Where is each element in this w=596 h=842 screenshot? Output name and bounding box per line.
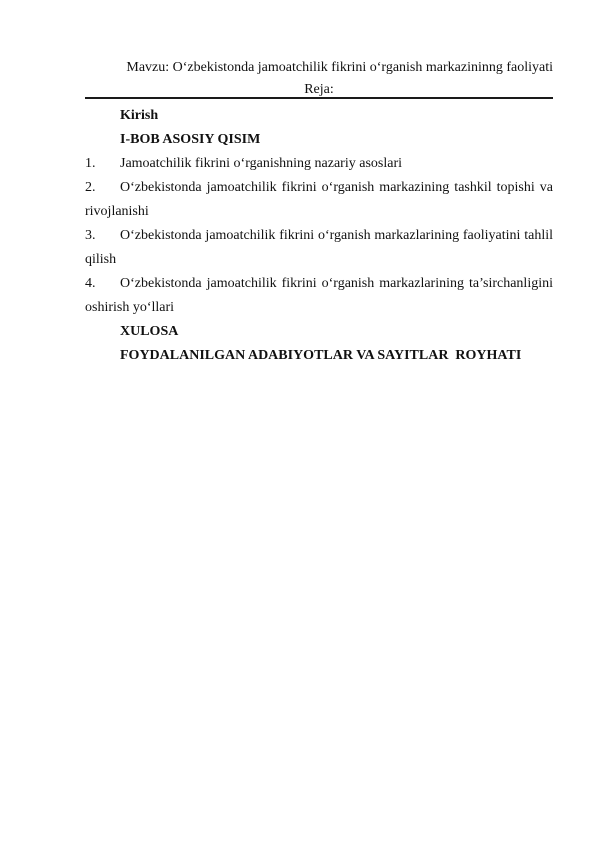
item-text: Jamoatchilik fikrini o‘rganishning nazar… [120,155,553,173]
document-title: Mavzu: O‘zbekistonda jamoatchilik fikrin… [121,59,553,77]
heading-kirish: Kirish [120,107,553,125]
plan-item-2-continuation: rivojlanishi [85,203,553,221]
heading-references: FOYDALANILGAN ADABIYOTLAR VA SAYITLAR RO… [120,347,553,365]
item-number: 2. [85,179,120,197]
item-number: 4. [85,275,120,293]
item-text: O‘zbekistonda jamoatchilik fikrini o‘rga… [120,227,553,245]
item-number: 1. [85,155,120,173]
heading-conclusion: XULOSA [120,323,553,341]
plan-item-3-continuation: qilish [85,251,553,269]
item-number: 3. [85,227,120,245]
horizontal-rule [85,97,553,99]
heading-chapter-1: I-BOB ASOSIY QISIM [120,131,553,149]
item-text: O‘zbekistonda jamoatchilik fikrini o‘rga… [120,179,553,197]
item-text: O‘zbekistonda jamoatchilik fikrini o‘rga… [120,275,553,293]
plan-item-4-continuation: oshirish yo‘llari [85,299,553,317]
